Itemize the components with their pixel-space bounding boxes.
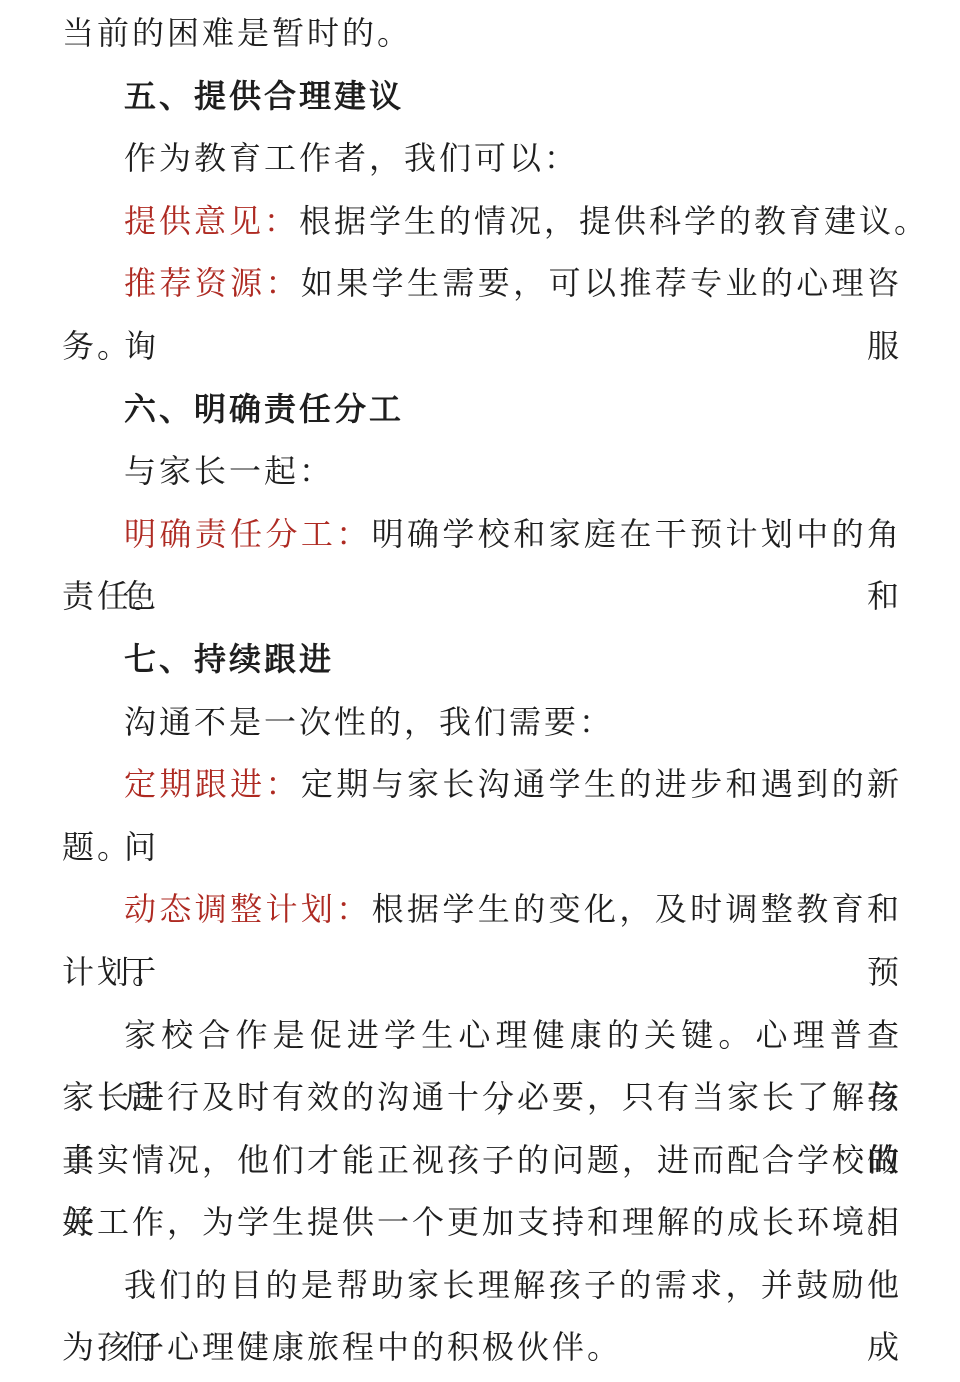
text-line: 真实情况，他们才能正视孩子的问题，进而配合学校做好相 — [62, 1129, 902, 1192]
text-line: 关工作，为学生提供一个更加支持和理解的成长环境。 — [62, 1191, 902, 1254]
text-segment: 责任。 — [62, 578, 167, 614]
text-segment: 五、提供合理建议 — [124, 78, 404, 114]
text-segment: 作为教育工作者，我们可以： — [124, 140, 579, 176]
text-line: 题。 — [62, 816, 902, 879]
red-emphasis-segment: 明确责任分工： — [124, 516, 372, 552]
text-segment: 与家长一起： — [124, 453, 334, 489]
text-line: 提供意见：根据学生的情况，提供科学的教育建议。 — [62, 190, 902, 253]
text-line: 推荐资源：如果学生需要，可以推荐专业的心理咨询服 — [62, 252, 902, 315]
text-segment: 题。 — [62, 829, 132, 865]
text-line: 沟通不是一次性的，我们需要： — [62, 691, 902, 754]
text-segment: 关工作，为学生提供一个更加支持和理解的成长环境。 — [62, 1204, 902, 1240]
text-segment: 七、持续跟进 — [124, 641, 334, 677]
text-line: 我们的目的是帮助家长理解孩子的需求，并鼓励他们成 — [62, 1254, 902, 1317]
text-line: 当前的困难是暂时的。 — [62, 2, 902, 65]
text-segment: 为孩子心理健康旅程中的积极伙伴。 — [62, 1329, 622, 1365]
red-emphasis-segment: 提供意见： — [124, 203, 299, 239]
heading-line: 六、明确责任分工 — [62, 378, 902, 441]
text-segment: 沟通不是一次性的，我们需要： — [124, 704, 614, 740]
red-emphasis-segment: 推荐资源： — [124, 265, 301, 301]
red-emphasis-segment: 动态调整计划： — [124, 891, 372, 927]
heading-line: 七、持续跟进 — [62, 628, 902, 691]
text-line: 动态调整计划：根据学生的变化，及时调整教育和干预 — [62, 878, 902, 941]
text-segment: 务。 — [62, 328, 132, 364]
text-line: 定期跟进：定期与家长沟通学生的进步和遇到的新问 — [62, 753, 902, 816]
red-emphasis-segment: 定期跟进： — [124, 766, 301, 802]
heading-line: 五、提供合理建议 — [62, 65, 902, 128]
text-segment: 计划。 — [62, 954, 167, 990]
text-segment: 根据学生的情况，提供科学的教育建议。 — [299, 203, 929, 239]
text-line: 明确责任分工：明确学校和家庭在干预计划中的角色和 — [62, 503, 902, 566]
text-segment: 六、明确责任分工 — [124, 391, 404, 427]
text-line: 家长进行及时有效的沟通十分必要，只有当家长了解孩子的 — [62, 1066, 902, 1129]
text-line: 与家长一起： — [62, 440, 902, 503]
text-segment: 当前的困难是暂时的。 — [62, 15, 412, 51]
document-page: 当前的困难是暂时的。五、提供合理建议作为教育工作者，我们可以：提供意见：根据学生… — [0, 0, 960, 1382]
text-line: 作为教育工作者，我们可以： — [62, 127, 902, 190]
text-line: 家校合作是促进学生心理健康的关键。心理普查后，与 — [62, 1004, 902, 1067]
